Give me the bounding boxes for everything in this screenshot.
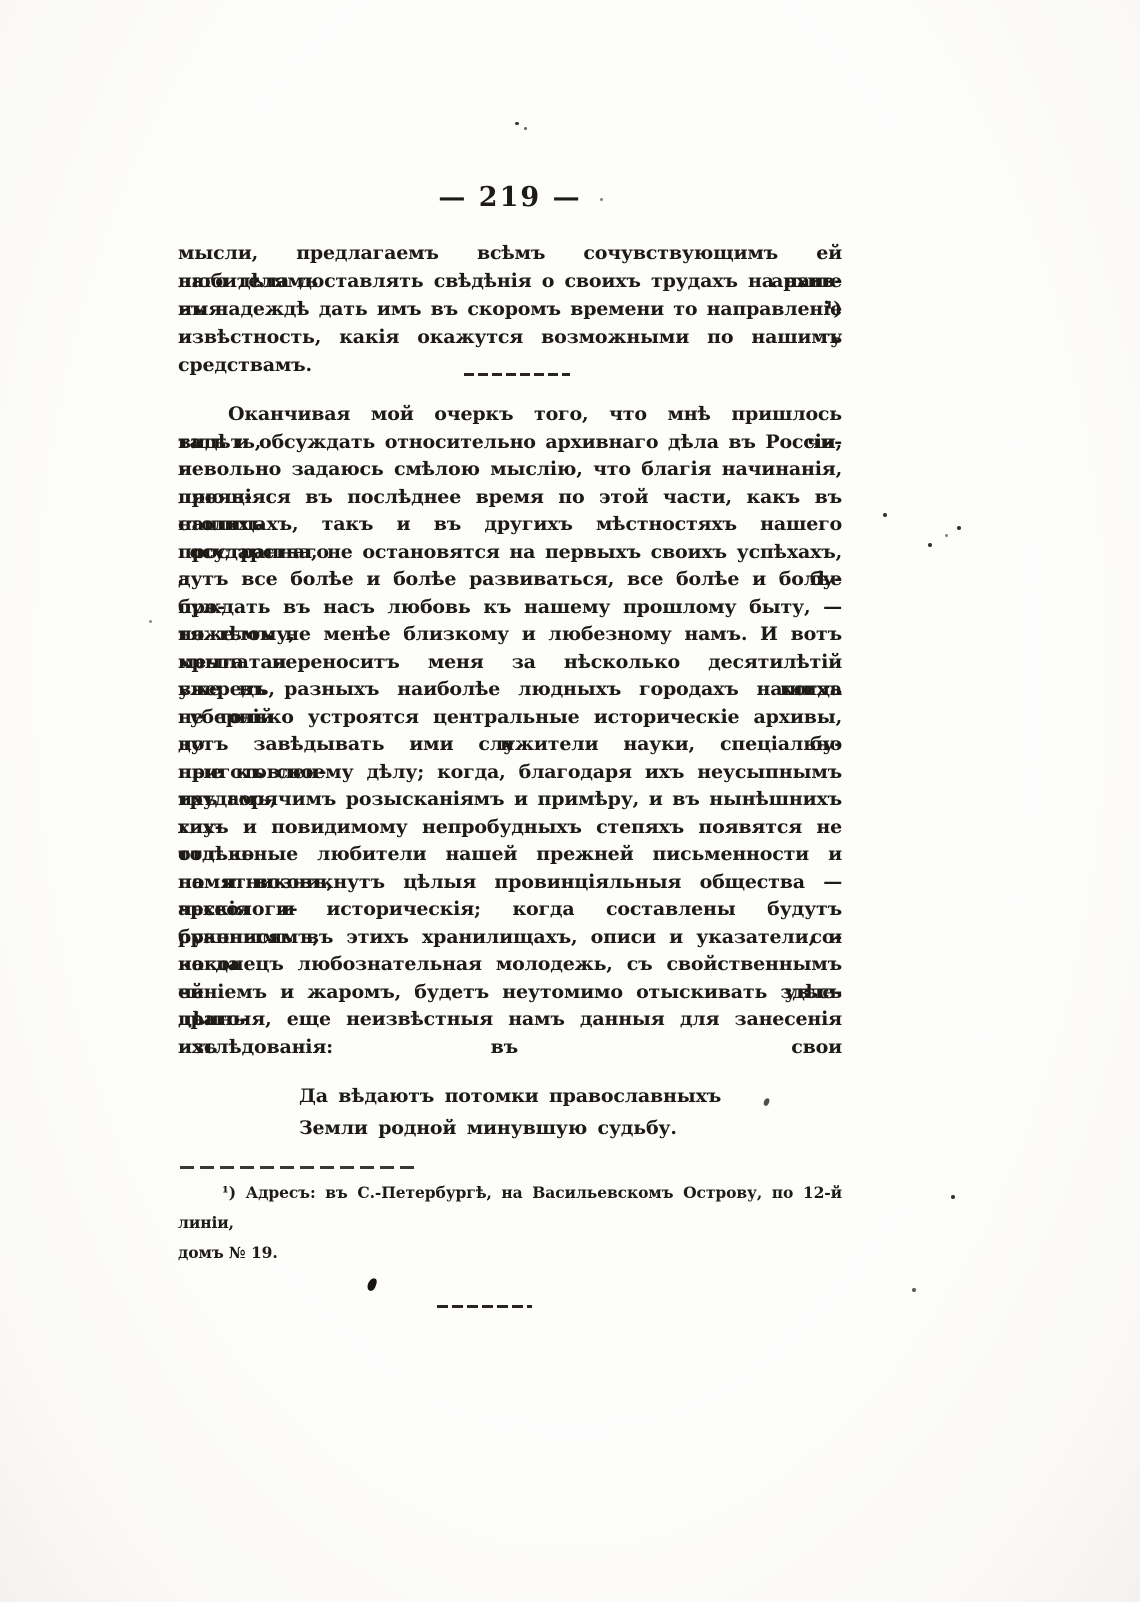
verse-line: Да вѣдаютъ потомки православныхъ	[299, 1080, 721, 1112]
footnote: ¹) Адресъ: въ С.-Петербургѣ, на Васильев…	[178, 1178, 842, 1268]
footnote-line: ¹) Адресъ: въ С.-Петербургѣ, на Васильев…	[178, 1178, 842, 1238]
ink-speck	[524, 127, 527, 130]
text-line: ческія и историческія; когда составлены …	[178, 896, 842, 924]
text-line: но и возникнутъ цѣлыя провинціяльныя общ…	[178, 869, 842, 897]
scanned-book-page: — 219 — мысли, предлагаемъ всѣмъ сочувст…	[0, 0, 1140, 1602]
ink-speck	[763, 1097, 770, 1106]
verse-quote: Да вѣдаютъ потомки православныхъЗемли ро…	[299, 1080, 721, 1144]
ink-speck	[928, 543, 932, 547]
text-line: государства, не остановятся на первыхъ с…	[178, 539, 842, 567]
section-divider	[464, 373, 570, 376]
verse-line: Земли родной минувшую судьбу.	[299, 1112, 721, 1144]
text-line: дутъ все болѣе и болѣе развиваться, все …	[178, 566, 842, 594]
text-line: ные къ своему дѣлу; когда, благодаря ихъ…	[178, 759, 842, 787]
text-line: но тѣмъ не менѣе близкому и любезному на…	[178, 621, 842, 649]
text-line: дутъ завѣдывать ими служители науки, спе…	[178, 731, 842, 759]
text-line: ихъ горячимъ розысканіямъ и примѣру, и в…	[178, 786, 842, 814]
end-divider	[437, 1305, 532, 1308]
text-line: буждать въ насъ любовь къ нашему прошлом…	[178, 594, 842, 622]
text-line: мечта переноситъ меня за нѣсколько десят…	[178, 649, 842, 677]
text-line: столицахъ, такъ и въ другихъ мѣстностяхъ…	[178, 511, 842, 539]
text-line: отдѣльные любители нашей прежней письмен…	[178, 841, 842, 869]
ink-blot	[366, 1277, 377, 1292]
ink-speck	[515, 122, 519, 125]
text-line: браннымъ въ этихъ хранилищахъ, описи и у…	[178, 924, 842, 952]
text-line: невольно задаюсь смѣлою мыслію, что благ…	[178, 456, 842, 484]
text-line: ляющіяся въ послѣднее время по этой част…	[178, 484, 842, 512]
text-line: въ надеждѣ дать имъ въ скоромъ времени т…	[178, 295, 842, 323]
ink-speck	[149, 620, 152, 623]
text-line: мысли, предлагаемъ всѣмъ сочувствующимъ …	[178, 239, 842, 267]
paragraph-continued: мысли, предлагаемъ всѣмъ сочувствующимъ …	[178, 239, 842, 351]
text-line: уже въ разныхъ наиболѣе людныхъ городахъ…	[178, 676, 842, 704]
ink-speck	[600, 198, 603, 201]
text-line: извѣстность, какія окажутся возможными п…	[178, 323, 842, 351]
ink-speck	[957, 526, 961, 530]
main-paragraph: Оканчивая мой очеркъ того, что мнѣ пришл…	[178, 401, 842, 1061]
text-line: ченіемъ и жаромъ, будетъ неутомимо отыск…	[178, 979, 842, 1007]
text-line: тать и обсуждать относительно архивнаго …	[178, 429, 842, 457]
ink-speck	[912, 1288, 916, 1292]
ink-speck	[951, 1195, 955, 1199]
page-number: — 219 —	[178, 182, 842, 213]
ink-speck	[883, 513, 887, 517]
text-line: наго дѣла доставлять свѣдѣнія о своихъ т…	[178, 267, 842, 295]
ink-speck	[945, 534, 948, 537]
text-line: Оканчивая мой очеркъ того, что мнѣ пришл…	[178, 401, 842, 429]
footnote-line: домъ № 19.	[178, 1238, 842, 1268]
text-line: цѣнныя, еще неизвѣстныя намъ данныя для …	[178, 1006, 842, 1034]
text-line: не только устроятся центральные историче…	[178, 704, 842, 732]
footnote-separator	[180, 1166, 418, 1169]
text-line: наконецъ любознательная молодежь, съ сво…	[178, 951, 842, 979]
text-line: хихъ и повидимому непробудныхъ степяхъ п…	[178, 814, 842, 842]
